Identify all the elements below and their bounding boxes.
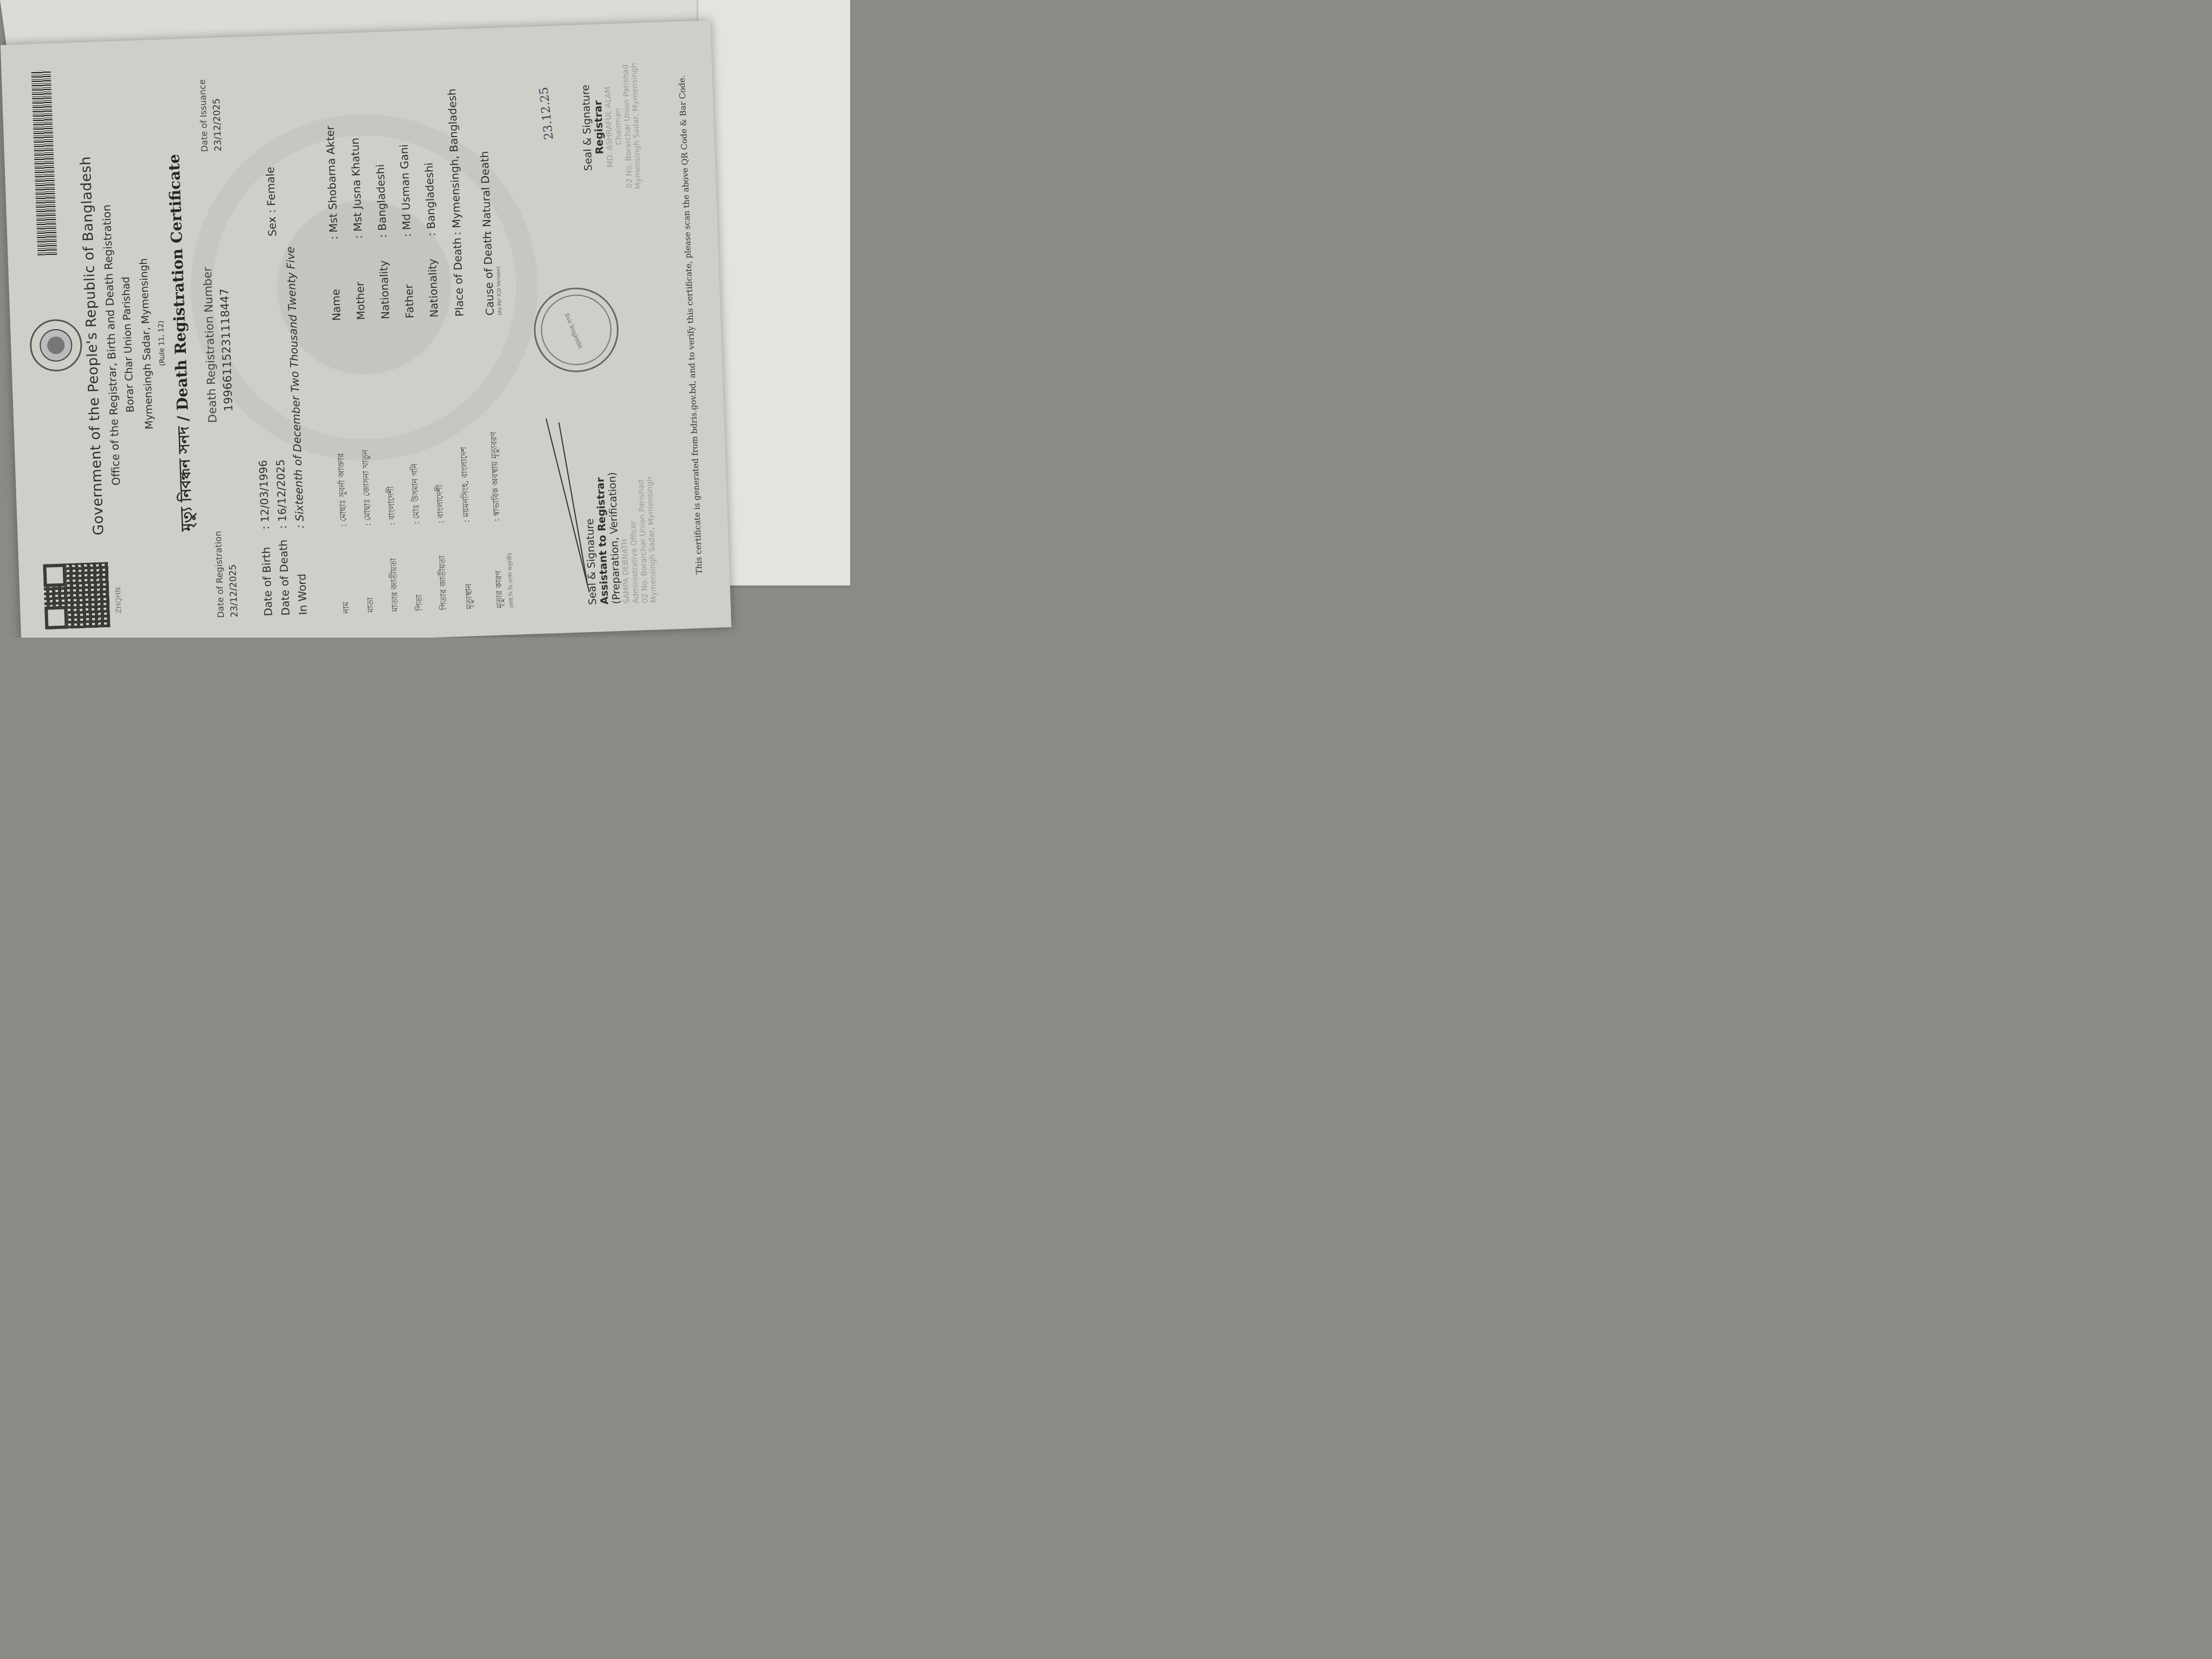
- assistant-signature-block: Seal & Signature Assistant to Registrar …: [580, 397, 659, 605]
- bangla-value: : স্বাভাবিক অবস্থায় মৃত্যুবরণ: [487, 432, 504, 522]
- english-label: Nationality: [426, 259, 441, 318]
- issuance-date-label: Date of Issuance: [197, 79, 210, 152]
- bangla-note: (আই সি ডি ভার্সন অনুযায়ী): [506, 553, 516, 608]
- bangla-value: : ময়মনসিংহ, বাংলাদেশ: [458, 447, 474, 523]
- bangla-label: মৃত্যুর কারণ: [492, 570, 507, 608]
- english-label: Place of Death: [451, 237, 466, 317]
- english-label: Nationality: [377, 260, 392, 319]
- english-label: Name: [329, 288, 343, 321]
- registrar-signature-block: Seal & Signature Registrar MD. ASHRAFUL …: [556, 39, 644, 215]
- english-value: : Bangladeshi: [422, 162, 438, 236]
- in-word-label: In Word: [295, 574, 310, 615]
- barcode[interactable]: [31, 70, 57, 255]
- title-separator: /: [174, 415, 192, 421]
- registration-date: 23/12/2025: [228, 564, 240, 618]
- title-english: Death Registration Certificate: [165, 153, 191, 410]
- english-value: : Natural Death: [478, 151, 493, 234]
- bangla-value: : বাংলাদেশী: [434, 484, 448, 523]
- bangla-label: মাতা: [364, 597, 378, 613]
- bangla-label: নাম: [340, 601, 354, 613]
- english-value: : Bangladeshi: [374, 164, 389, 239]
- dob-value: : 12/03/1996: [256, 460, 272, 530]
- english-label: Mother: [353, 281, 368, 320]
- dob-label: Date of Birth: [259, 546, 274, 616]
- certificate-page: ZHQHN Government of the People's Republi…: [3, 26, 729, 638]
- verification-footer: This certificate is generated from bdris…: [675, 27, 705, 623]
- english-label: Father: [402, 284, 416, 319]
- dod-value: : 16/12/2025: [274, 459, 289, 529]
- bangla-label: পিতা: [413, 594, 427, 611]
- registration-date-label: Date of Registration: [213, 531, 226, 618]
- issuance-date: 23/12/2025: [211, 98, 224, 152]
- bangla-label: পিতার জাতীয়তা: [436, 555, 452, 610]
- title-bangla: মৃত্যু নিবন্ধন সনদ: [175, 426, 196, 531]
- detail-fields: নাম: মোছাঃ সুবর্না আক্তারName: Mst Shoba…: [3, 50, 24, 638]
- bangla-value: : মোঃ উসমান গনি: [408, 463, 424, 524]
- registrar-handwritten-date: 23.12.25: [537, 86, 556, 140]
- certificate-sheet: ZHQHN Government of the People's Republi…: [1, 20, 731, 638]
- bangla-label: মৃত্যুস্থান: [462, 583, 477, 609]
- bangla-label: মাতার জাতীয়তা: [387, 558, 402, 612]
- bangla-value: : মোছাঃ সুবর্না আক্তার: [335, 453, 351, 527]
- sex-value: Sex : Female: [263, 166, 279, 236]
- dod-label: Date of Death: [276, 539, 292, 616]
- government-emblem-icon: [29, 318, 83, 372]
- bangla-value: : মোছাঃ জোসনা খাতুন: [359, 449, 375, 526]
- bangla-value: : বাংলাদেশী: [385, 486, 400, 525]
